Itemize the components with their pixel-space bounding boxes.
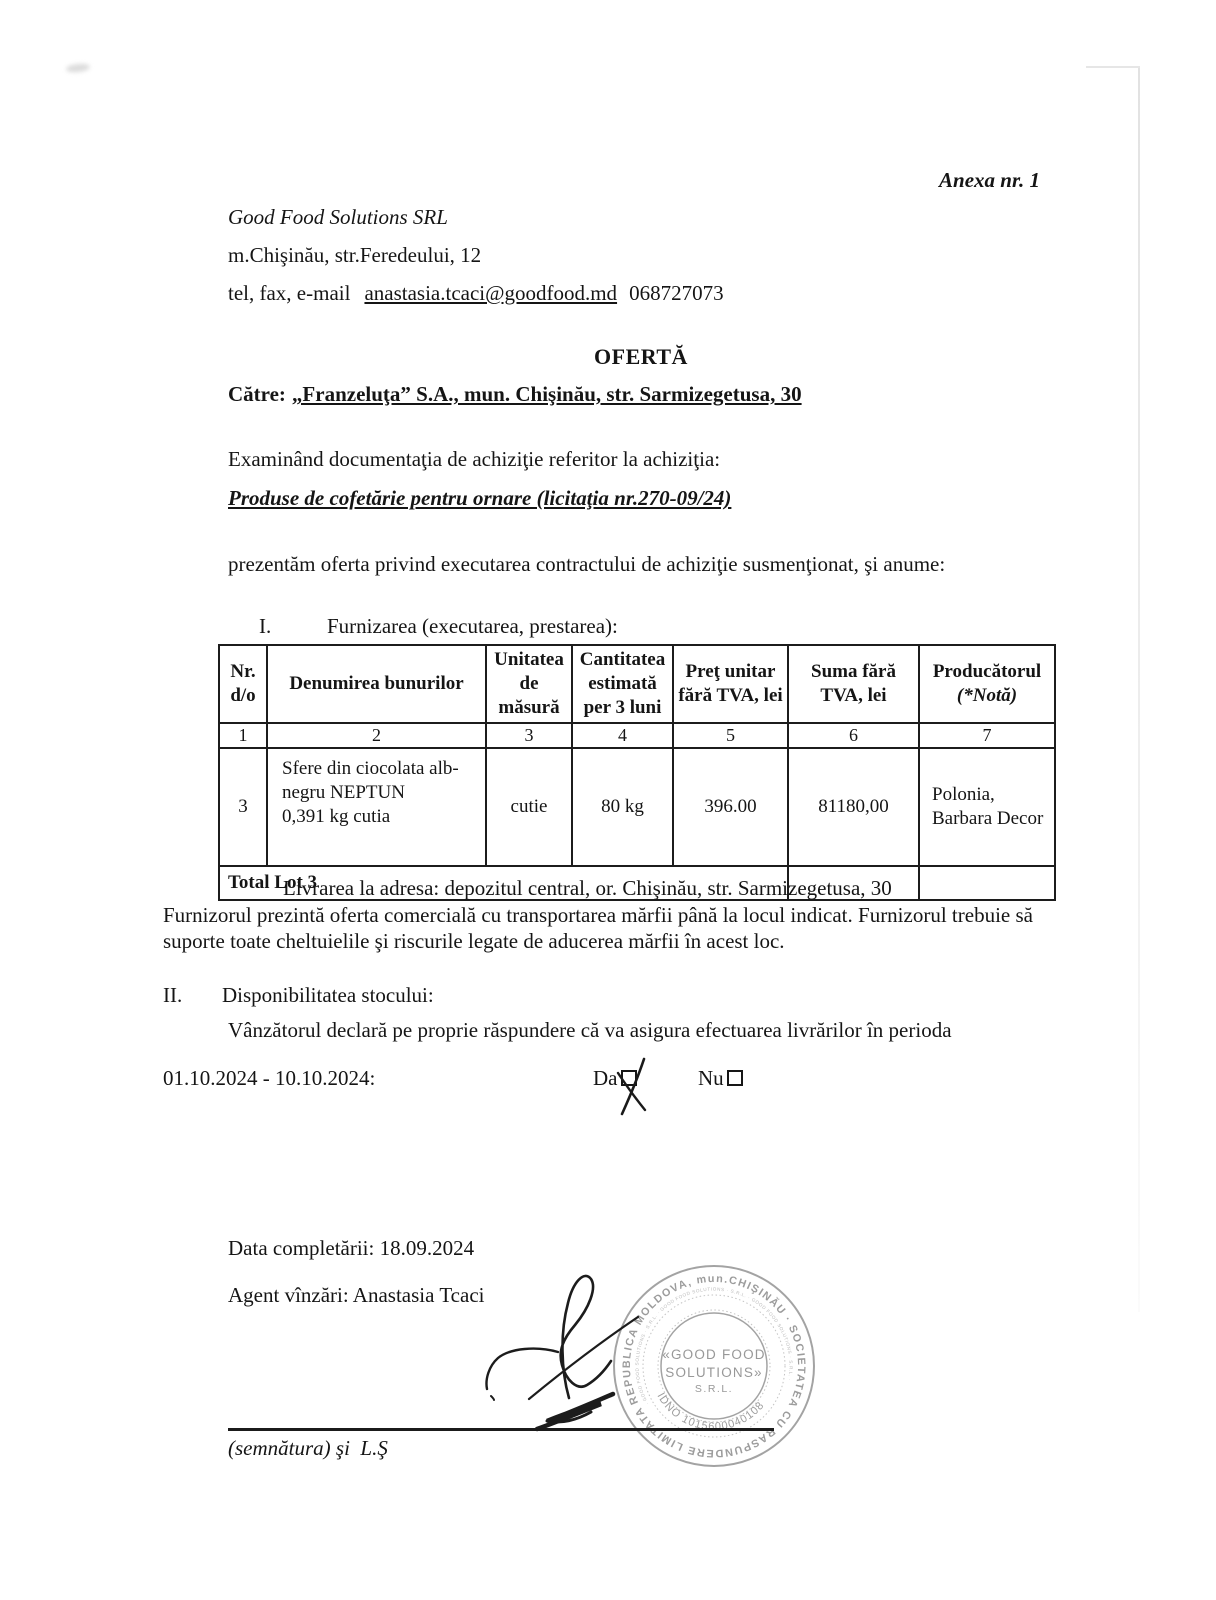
sender-address: m.Chişinău, str.Feredeului, 12 <box>228 243 481 268</box>
intro-line: Examinând documentaţia de achiziţie refe… <box>228 447 720 472</box>
sender-contact-line: tel, fax, e-mailanastasia.tcaci@goodfood… <box>228 281 724 306</box>
total-producer-cell <box>919 866 1055 900</box>
header-producator: Producătorul (*Notă) <box>919 645 1055 723</box>
header-pret: Preţ unitar fără TVA, lei <box>673 645 788 723</box>
delivery-terms-paragraph: Furnizorul prezintă oferta comercială cu… <box>163 902 1063 954</box>
header-producator-title: Producătorul <box>933 661 1041 682</box>
item-quantity: 80 kg <box>572 748 673 866</box>
delivery-address-line: Livrarea la adresa: depozitul central, o… <box>283 876 892 901</box>
scan-edge-line-vertical <box>1138 67 1140 1312</box>
item-unit: cutie <box>486 748 572 866</box>
sender-email: anastasia.tcaci@goodfood.md <box>364 281 617 305</box>
section-ii-numeral: II. <box>163 983 222 1008</box>
section-i-numeral: I. <box>259 614 327 639</box>
stamp-center-line3: S.R.L. <box>695 1383 733 1395</box>
index-cell: 4 <box>572 723 673 748</box>
header-nr: Nr. d/o <box>219 645 267 723</box>
section-ii-title: Disponibilitatea stocului: <box>222 983 434 1007</box>
annex-label: Anexa nr. 1 <box>939 168 1040 193</box>
yes-check-mark <box>614 1056 650 1118</box>
signature-caption: (semnătura) şi L.Ş <box>228 1436 388 1461</box>
index-cell: 7 <box>919 723 1055 748</box>
delivery-period: 01.10.2024 - 10.10.2024: <box>163 1066 375 1091</box>
section-i-heading: I.Furnizarea (executarea, prestarea): <box>259 614 618 639</box>
recipient-line: Către:„Franzeluţa” S.A., mun. Chişinău, … <box>228 382 802 407</box>
delivery-terms-line: suporte toate cheltuielile şi riscurile … <box>163 928 1063 954</box>
completion-date-line: Data completării: 18.09.2024 <box>228 1236 474 1261</box>
section-ii-heading: II.Disponibilitatea stocului: <box>163 983 434 1008</box>
recipient-prefix: Către: <box>228 382 286 406</box>
no-option: Nu <box>698 1066 743 1091</box>
index-cell: 5 <box>673 723 788 748</box>
sales-agent-line: Agent vînzări: Anastasia Tcaci <box>228 1283 484 1308</box>
no-checkbox <box>727 1070 743 1086</box>
signature-line <box>228 1428 774 1431</box>
scan-smudge-artifact <box>66 63 91 73</box>
availability-declaration: Vânzătorul declară pe proprie răspundere… <box>228 1018 952 1043</box>
item-sum: 81180,00 <box>788 748 919 866</box>
index-cell: 6 <box>788 723 919 748</box>
delivery-terms-line: Furnizorul prezintă oferta comercială cu… <box>163 902 1063 928</box>
signature <box>465 1248 685 1433</box>
offer-table: Nr. d/o Denumirea bunurilor Unitatea de … <box>218 644 1056 901</box>
index-cell: 3 <box>486 723 572 748</box>
item-name: Sfere din ciocolata alb- negru NEPTUN 0,… <box>267 748 486 866</box>
sender-company: Good Food Solutions SRL <box>228 205 448 230</box>
scan-edge-line-horizontal <box>1086 66 1140 68</box>
item-row: 3 Sfere din ciocolata alb- negru NEPTUN … <box>219 748 1055 866</box>
offer-title: OFERTĂ <box>228 344 1054 370</box>
column-index-row: 1 2 3 4 5 6 7 <box>219 723 1055 748</box>
sender-phone: 068727073 <box>629 281 724 305</box>
no-label: Nu <box>698 1066 724 1090</box>
header-cantitatea: Cantitatea estimată per 3 luni <box>572 645 673 723</box>
contact-prefix: tel, fax, e-mail <box>228 281 350 305</box>
header-unitatea: Unitatea de măsură <box>486 645 572 723</box>
header-denumirea: Denumirea bunurilor <box>267 645 486 723</box>
section-i-title: Furnizarea (executarea, prestarea): <box>327 614 618 638</box>
item-producer: Polonia, Barbara Decor <box>919 748 1055 866</box>
index-cell: 2 <box>267 723 486 748</box>
header-suma: Suma fără TVA, lei <box>788 645 919 723</box>
header-producator-note: (*Notă) <box>924 684 1050 708</box>
recipient-name: „Franzeluţa” S.A., mun. Chişinău, str. S… <box>292 382 802 406</box>
subject-line: Produse de cofetărie pentru ornare (lici… <box>228 486 731 511</box>
present-line: prezentăm oferta privind executarea cont… <box>228 552 945 577</box>
item-unit-price: 396.00 <box>673 748 788 866</box>
table-header-row: Nr. d/o Denumirea bunurilor Unitatea de … <box>219 645 1055 723</box>
index-cell: 1 <box>219 723 267 748</box>
item-nr: 3 <box>219 748 267 866</box>
